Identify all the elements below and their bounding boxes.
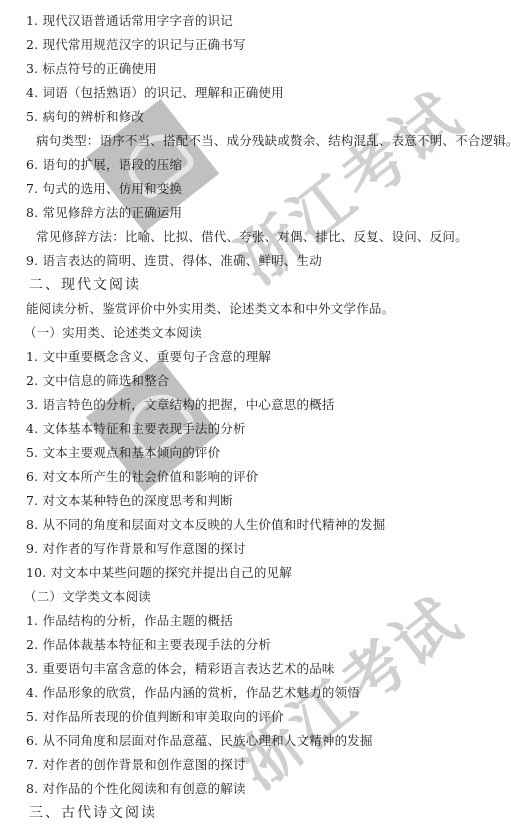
document-page: 浙江考试 浙江考试 1. 现代汉语普通话常用字字音的识记 2. 现代常用规范汉字… — [0, 0, 515, 831]
list-item: 7. 对作者的创作背景和创作意图的探讨 — [26, 755, 246, 775]
list-item: 3. 标点符号的正确使用 — [26, 59, 157, 79]
list-note: 常见修辞方法：比喻、比拟、借代、夸张、对偶、排比、反复、设问、反问。 — [36, 227, 468, 247]
list-item: 1. 作品结构的分析，作品主题的概括 — [26, 611, 233, 631]
list-item: 10. 对文本中某些问题的探究并提出自己的见解 — [26, 563, 292, 583]
list-item: 4. 词语（包括熟语）的识记、理解和正确使用 — [26, 83, 284, 103]
list-item: 6. 语句的扩展，语段的压缩 — [26, 155, 182, 175]
subsection-title: （二）文学类文本阅读 — [24, 587, 151, 607]
list-item: 2. 文中信息的筛选和整合 — [26, 371, 170, 391]
list-item: 4. 文体基本特征和主要表现手法的分析 — [26, 419, 246, 439]
list-item: 9. 对作者的写作背景和写作意图的探讨 — [26, 539, 246, 559]
list-item: 3. 语言特色的分析，文章结构的把握，中心意思的概括 — [26, 395, 335, 415]
list-item: 7. 句式的选用、仿用和变换 — [26, 179, 182, 199]
section-heading: 二、现代文阅读 — [29, 275, 141, 295]
list-item: 9. 语言表达的简明、连贯、得体、准确、鲜明、生动 — [26, 251, 322, 271]
list-item: 7. 对文本某种特色的深度思考和判断 — [26, 491, 233, 511]
list-item: 2. 现代常用规范汉字的识记与正确书写 — [26, 35, 246, 55]
list-item: 8. 常见修辞方法的正确运用 — [26, 203, 182, 223]
list-item: 5. 文本主要观点和基本倾向的评价 — [26, 443, 220, 463]
section-intro: 能阅读分析、鉴赏评价中外实用类、论述类文本和中外文学作品。 — [26, 299, 394, 319]
list-item: 6. 从不同角度和层面对作品意蕴、民族心理和人文精神的发掘 — [26, 731, 373, 751]
subsection-title: （一）实用类、论述类文本阅读 — [24, 323, 202, 343]
list-item: 1. 文中重要概念含义、重要句子含意的理解 — [26, 347, 271, 367]
list-item: 4. 作品形象的欣赏，作品内涵的赏析，作品艺术魅力的领悟 — [26, 683, 360, 703]
list-item: 6. 对文本所产生的社会价值和影响的评价 — [26, 467, 258, 487]
list-note: 病句类型：语序不当、搭配不当、成分残缺或赘余、结构混乱、表意不明、不合逻辑。 — [36, 131, 515, 151]
list-item: 5. 病句的辨析和修改 — [26, 107, 144, 127]
section-heading: 三、古代诗文阅读 — [29, 803, 157, 823]
list-item: 3. 重要语句丰富含意的体会，精彩语言表达艺术的品味 — [26, 659, 335, 679]
list-item: 5. 对作品所表现的价值判断和审美取向的评价 — [26, 707, 284, 727]
list-item: 2. 作品体裁基本特征和主要表现手法的分析 — [26, 635, 271, 655]
list-item: 8. 从不同的角度和层面对文本反映的人生价值和时代精神的发掘 — [26, 515, 385, 535]
list-item: 8. 对作品的个性化阅读和有创意的解读 — [26, 779, 246, 799]
list-item: 1. 现代汉语普通话常用字字音的识记 — [26, 11, 233, 31]
